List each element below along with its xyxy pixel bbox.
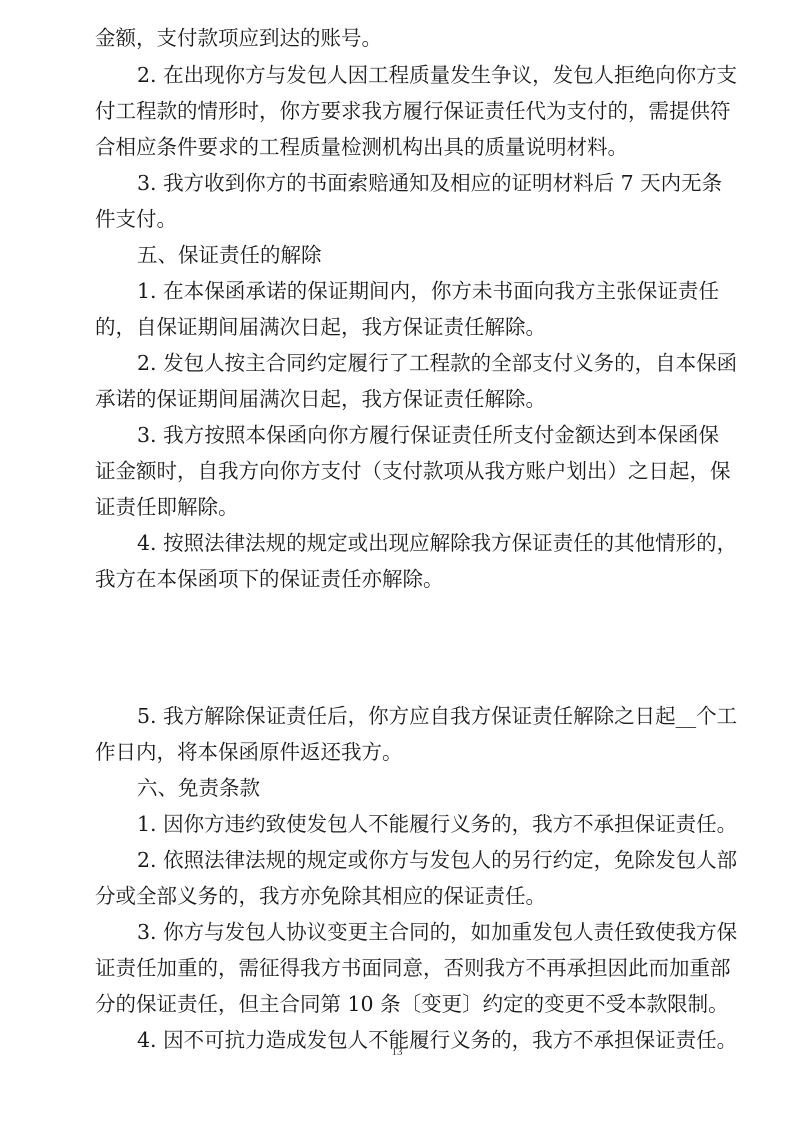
- page-number: 13: [0, 1046, 794, 1058]
- text-line: 4. 按照法律法规的规定或出现应解除我方保证责任的其他情形的，: [137, 525, 719, 561]
- text-line: 合相应条件要求的工程质量检测机构出具的质量说明材料。: [95, 129, 719, 165]
- text-line: 证责任加重的，需征得我方书面同意，否则我方不再承担因此而加重部: [95, 950, 719, 986]
- text-line: 付工程款的情形时，你方要求我方履行保证责任代为支付的，需提供符: [95, 93, 719, 129]
- text-line: 我方在本保函项下的保证责任亦解除。: [95, 561, 719, 597]
- text-line: 证责任即解除。: [95, 489, 719, 525]
- text-line: 金额，支付款项应到达的账号。: [95, 20, 719, 56]
- text-line: 3. 我方收到你方的书面索赔通知及相应的证明材料后 7 天内无条: [137, 165, 719, 201]
- text-line: 作日内，将本保函原件返还我方。: [95, 734, 719, 770]
- text-line: 2. 发包人按主合同约定履行了工程款的全部支付义务的，自本保函: [137, 345, 719, 381]
- text-line: 五、保证责任的解除: [137, 237, 719, 273]
- text-line: 分的保证责任，但主合同第 10 条〔变更〕约定的变更不受本款限制。: [95, 986, 719, 1022]
- text-line: 3. 我方按照本保函向你方履行保证责任所支付金额达到本保函保: [137, 417, 719, 453]
- text-line: 的，自保证期间届满次日起，我方保证责任解除。: [95, 309, 719, 345]
- text-line: 六、免责条款: [137, 770, 719, 806]
- text-line: 1. 因你方违约致使发包人不能履行义务的，我方不承担保证责任。: [137, 806, 719, 842]
- text-line: 承诺的保证期间届满次日起，我方保证责任解除。: [95, 381, 719, 417]
- text-line: 5. 我方解除保证责任后，你方应自我方保证责任解除之日起__个工: [137, 698, 719, 734]
- text-line: 件支付。: [95, 201, 719, 237]
- text-line: 证金额时，自我方向你方支付（支付款项从我方账户划出）之日起，保: [95, 453, 719, 489]
- text-line: 2. 在出现你方与发包人因工程质量发生争议，发包人拒绝向你方支: [137, 57, 719, 93]
- text-line: 分或全部义务的，我方亦免除其相应的保证责任。: [95, 878, 719, 914]
- text-line: 3. 你方与发包人协议变更主合同的，如加重发包人责任致使我方保: [137, 914, 719, 950]
- text-line: 1. 在本保函承诺的保证期间内，你方未书面向我方主张保证责任: [137, 273, 719, 309]
- text-line: 2. 依照法律法规的规定或你方与发包人的另行约定，免除发包人部: [137, 842, 719, 878]
